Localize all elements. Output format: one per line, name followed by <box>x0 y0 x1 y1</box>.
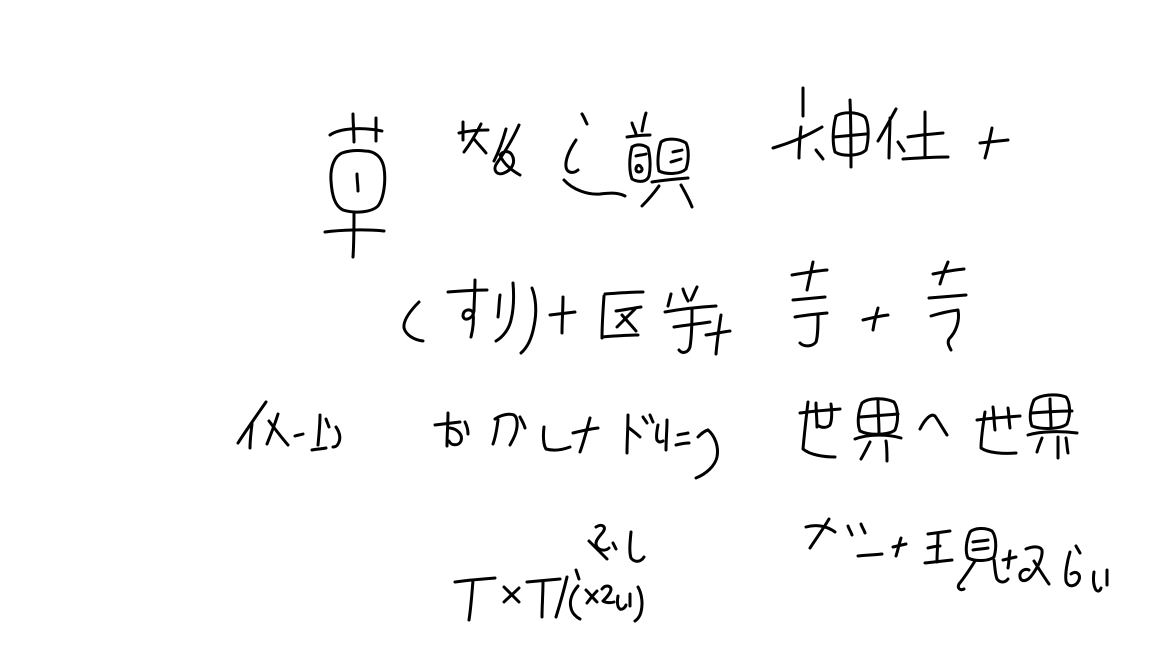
ink-stroke <box>474 139 486 153</box>
ink-stroke <box>652 178 688 182</box>
ink-stroke <box>898 142 904 151</box>
ink-stroke <box>1008 408 1010 428</box>
ink-stroke <box>858 554 882 556</box>
ink-stroke <box>353 212 354 257</box>
ink-stroke <box>326 419 329 427</box>
ink-stroke <box>816 150 823 159</box>
ink-stroke <box>312 448 326 450</box>
ink-stroke <box>698 430 708 437</box>
ink-group-sekai-e-sekai <box>800 395 1077 461</box>
ink-stroke <box>819 404 832 427</box>
ink-stroke <box>807 262 813 290</box>
ink-stroke <box>773 127 822 148</box>
ink-stroke <box>596 525 609 550</box>
ink-stroke <box>582 114 587 124</box>
ink-stroke <box>980 140 1008 143</box>
ink-stroke <box>1032 411 1072 413</box>
ink-stroke <box>632 123 636 134</box>
ink-stroke <box>889 118 890 158</box>
ink-stroke <box>1093 572 1101 591</box>
ink-stroke <box>800 315 818 346</box>
whiteboard <box>0 0 1152 648</box>
ink-group-imeeji <box>238 402 340 450</box>
ink-stroke <box>493 420 498 444</box>
ink-stroke <box>564 180 625 196</box>
ink-stroke <box>668 294 671 306</box>
ink-stroke <box>1028 432 1077 435</box>
ink-stroke <box>463 280 475 337</box>
ink-stroke <box>650 415 653 422</box>
ink-stroke <box>1066 552 1080 586</box>
ink-stroke <box>404 302 423 341</box>
ink-stroke <box>666 420 667 450</box>
ink-stroke <box>556 577 567 617</box>
ink-group-okashi-drink <box>435 413 718 478</box>
ink-stroke <box>903 157 948 159</box>
ink-stroke <box>617 596 626 609</box>
ink-stroke <box>929 295 966 298</box>
ink-stroke <box>602 586 614 603</box>
ink-stroke <box>861 442 870 459</box>
ink-stroke <box>602 296 604 338</box>
ink-stroke <box>580 418 590 452</box>
ink-stroke <box>1034 561 1049 584</box>
ink-stroke <box>1020 547 1042 581</box>
ink-stroke <box>448 290 487 292</box>
ink-stroke <box>318 415 320 445</box>
ink-stroke <box>658 139 688 173</box>
ink-group-formula-note <box>576 525 644 579</box>
ink-stroke <box>795 313 827 317</box>
ink-stroke <box>521 288 536 353</box>
ink-stroke <box>636 154 646 156</box>
ink-stroke <box>630 532 644 561</box>
ink-stroke <box>657 425 663 442</box>
ink-stroke <box>498 295 500 317</box>
ink-stroke <box>799 127 801 158</box>
ink-stroke <box>683 289 688 301</box>
ink-stroke <box>878 109 896 141</box>
ink-stroke <box>973 540 988 542</box>
ink-stroke <box>469 580 473 620</box>
ink-stroke <box>333 427 340 447</box>
ink-group-dougu <box>564 113 692 207</box>
ink-group-kusa <box>325 114 385 257</box>
ink-stroke <box>681 185 692 207</box>
ink-stroke <box>627 135 650 137</box>
ink-stroke <box>520 417 525 428</box>
ink-group-kusuri-igaku <box>404 280 730 354</box>
ink-group-jinja-plus <box>773 88 1008 167</box>
ink-stroke <box>455 578 495 582</box>
ink-stroke <box>643 417 647 423</box>
ink-stroke <box>449 428 461 445</box>
ink-stroke <box>1037 438 1042 452</box>
ink-stroke <box>861 524 865 533</box>
ink-stroke <box>973 548 988 550</box>
ink-stroke <box>966 528 995 560</box>
ink-stroke <box>678 433 688 435</box>
ink-stroke <box>616 307 641 311</box>
ink-stroke <box>931 310 959 350</box>
ink-stroke <box>630 145 650 182</box>
ink-stroke <box>330 129 382 135</box>
ink-stroke <box>602 335 638 337</box>
ink-stroke <box>613 543 616 549</box>
ink-stroke <box>605 292 643 294</box>
ink-stroke <box>925 560 952 563</box>
ink-stroke <box>1008 551 1010 568</box>
ink-stroke <box>542 582 543 617</box>
ink-stroke <box>793 297 825 300</box>
ink-stroke <box>250 424 252 448</box>
ink-stroke <box>543 427 570 450</box>
ink-stroke <box>464 124 481 152</box>
ink-stroke <box>855 435 901 439</box>
ink-stroke <box>566 140 578 172</box>
ink-stroke <box>848 526 852 535</box>
ink-group-gen-mirai <box>806 519 1107 591</box>
ink-stroke <box>1076 546 1080 553</box>
ink-stroke <box>679 309 692 352</box>
ink-stroke <box>671 159 681 162</box>
ink-stroke <box>622 315 636 331</box>
ink-stroke <box>716 315 721 354</box>
ink-group-tame <box>459 122 520 175</box>
ink-stroke <box>850 100 851 167</box>
ink-stroke <box>627 415 628 453</box>
ink-stroke <box>994 560 1008 582</box>
ink-stroke <box>635 587 642 621</box>
ink-stroke <box>353 114 354 142</box>
ink-stroke <box>562 297 563 333</box>
ink-stroke <box>465 422 468 434</box>
ink-stroke <box>642 186 659 206</box>
ink-stroke <box>993 407 995 430</box>
ink-stroke <box>636 165 642 172</box>
ink-stroke <box>642 113 646 131</box>
ink-stroke <box>816 403 817 427</box>
ink-stroke <box>958 561 975 590</box>
ink-stroke <box>570 586 580 619</box>
ink-stroke <box>860 414 898 417</box>
drawing-canvas[interactable] <box>0 0 1152 648</box>
ink-stroke <box>576 570 579 579</box>
ink-stroke <box>673 150 682 152</box>
ink-stroke <box>676 443 689 445</box>
ink-stroke <box>1066 438 1068 453</box>
ink-stroke <box>629 428 640 437</box>
ink-stroke <box>810 519 829 548</box>
ink-stroke <box>920 415 947 435</box>
ink-group-formula <box>455 577 642 621</box>
ink-stroke <box>295 434 303 436</box>
ink-stroke <box>886 441 887 461</box>
ink-stroke <box>691 287 697 300</box>
ink-group-tera-plus-tera <box>792 262 966 350</box>
ink-stroke <box>933 269 964 274</box>
ink-stroke <box>435 422 460 425</box>
ink-stroke <box>357 174 358 191</box>
